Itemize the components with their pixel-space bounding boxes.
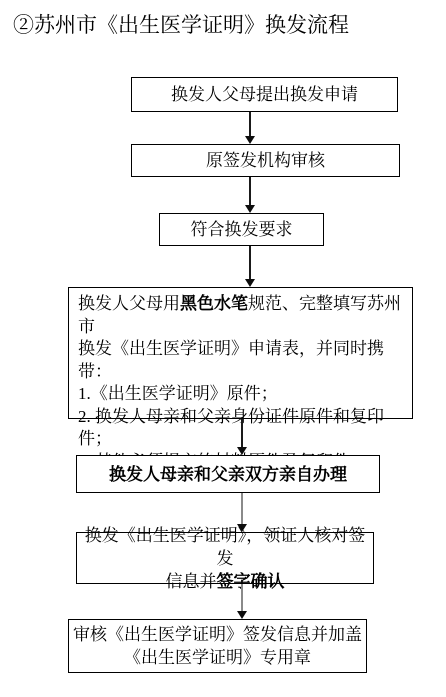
flow-step-fill-application: 换发人父母用黑色水笔规范、完整填写苏州市 换发《出生医学证明》申请表，并同时携带… [68, 287, 413, 419]
arrow-stem [249, 177, 251, 205]
verify-sign-line2: 信息并签字确认 [166, 570, 285, 593]
flow-step-parents-in-person: 换发人母亲和父亲双方亲自办理 [76, 455, 380, 493]
line2-pre: 信息并 [166, 572, 217, 591]
line1-pre: 换发人父母用 [78, 294, 180, 313]
fill-application-line1: 换发人父母用黑色水笔规范、完整填写苏州市 [78, 293, 406, 338]
fill-application-item1: 1.《出生医学证明》原件； [78, 383, 406, 406]
arrow-stem [249, 112, 251, 136]
page-title: ②苏州市《出生医学证明》换发流程 [13, 12, 349, 38]
flow-step-apply-label: 换发人父母提出换发申请 [171, 84, 358, 105]
flow-step-verify-and-sign: 换发《出生医学证明》，领证人核对签发 信息并签字确认 [76, 532, 374, 584]
arrow-head-icon [245, 205, 255, 213]
flow-step-original-issuer-review: 原签发机构审核 [131, 144, 400, 177]
flow-step-meet-requirements: 符合换发要求 [159, 213, 324, 246]
flow-step-review-and-seal: 审核《出生医学证明》签发信息并加盖 《出生医学证明》专用章 [68, 619, 367, 673]
flow-step-original-issuer-review-label: 原签发机构审核 [206, 150, 325, 171]
arrow-stem [249, 246, 251, 279]
arrow-stem [241, 584, 243, 611]
line2-bold: 签字确认 [217, 572, 285, 591]
arrow-stem [241, 493, 243, 524]
review-seal-line1: 审核《出生医学证明》签发信息并加盖 [73, 623, 362, 646]
flow-step-parents-in-person-label: 换发人母亲和父亲双方亲自办理 [109, 464, 347, 485]
fill-application-line2: 换发《出生医学证明》申请表，并同时携带： [78, 338, 406, 383]
arrow-head-icon [245, 136, 255, 144]
arrow-head-icon [237, 447, 247, 455]
flow-step-meet-requirements-label: 符合换发要求 [191, 219, 293, 240]
verify-sign-line1: 换发《出生医学证明》，领证人核对签发 [77, 524, 373, 570]
arrow-head-icon [245, 279, 255, 287]
line1-bold: 黑色水笔 [180, 294, 248, 313]
review-seal-line2: 《出生医学证明》专用章 [124, 646, 311, 669]
arrow-head-icon [237, 611, 247, 619]
flowchart-page: ②苏州市《出生医学证明》换发流程 换发人父母提出换发申请 原签发机构审核 符合换… [0, 0, 446, 697]
flow-step-apply: 换发人父母提出换发申请 [131, 77, 398, 112]
arrow-stem [241, 419, 243, 447]
